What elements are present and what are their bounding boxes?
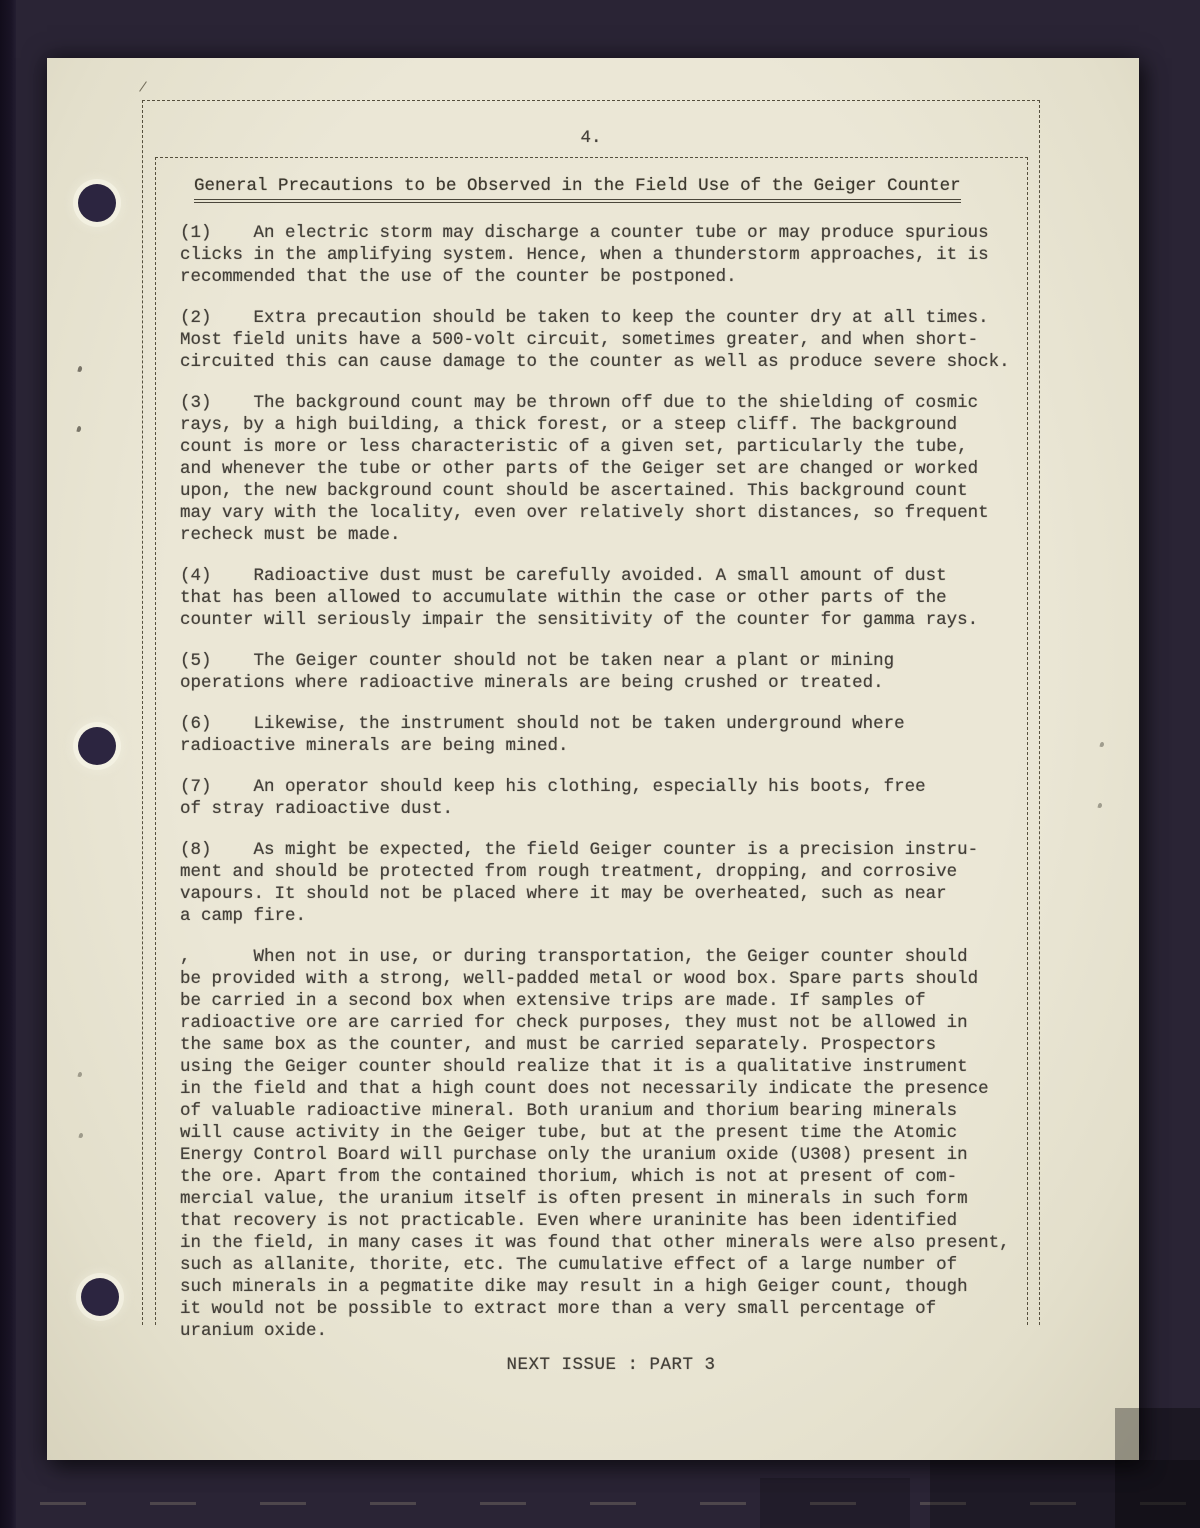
paragraph: (1) An electric storm may discharge a co… [180,222,1042,288]
ink-speck [77,366,82,373]
paragraph: (4) Radioactive dust must be carefully a… [180,565,1042,631]
page-number: 4. [142,128,1040,148]
paragraph: (6) Likewise, the instrument should not … [180,713,1042,757]
page-body: General Precautions to be Observed in th… [180,175,1042,1376]
document-title: General Precautions to be Observed in th… [194,175,961,203]
ink-speck [79,1133,84,1139]
scan-shadow [1115,1408,1200,1528]
paragraph: (8) As might be expected, the field Geig… [180,839,1042,927]
punch-hole-top [78,184,116,222]
ink-speck [76,426,81,433]
paragraph: (7) An operator should keep his clothing… [180,776,1042,820]
scanned-document-photo: { "colors": { "background": "#2a2435", "… [0,0,1200,1528]
punch-hole-bottom [81,1278,119,1316]
punch-hole-middle [78,727,116,765]
paragraph: (5) The Geiger counter should not be tak… [180,650,1042,694]
ink-speck [78,1072,83,1078]
paragraph: (2) Extra precaution should be taken to … [180,307,1042,373]
paragraph: (3) The background count may be thrown o… [180,392,1042,546]
photo-edge-strip [0,0,16,1528]
paragraph: , When not in use, or during transportat… [180,946,1042,1342]
ink-speck [1100,742,1105,748]
ink-speck [1098,803,1103,809]
paragraphs: (1) An electric storm may discharge a co… [180,222,1042,1342]
scan-shadow [760,1478,910,1528]
next-issue-note: NEXT ISSUE : PART 3 [180,1354,1042,1376]
border-corner-tick [139,81,147,91]
document-page: 4. General Precautions to be Observed in… [47,58,1139,1460]
